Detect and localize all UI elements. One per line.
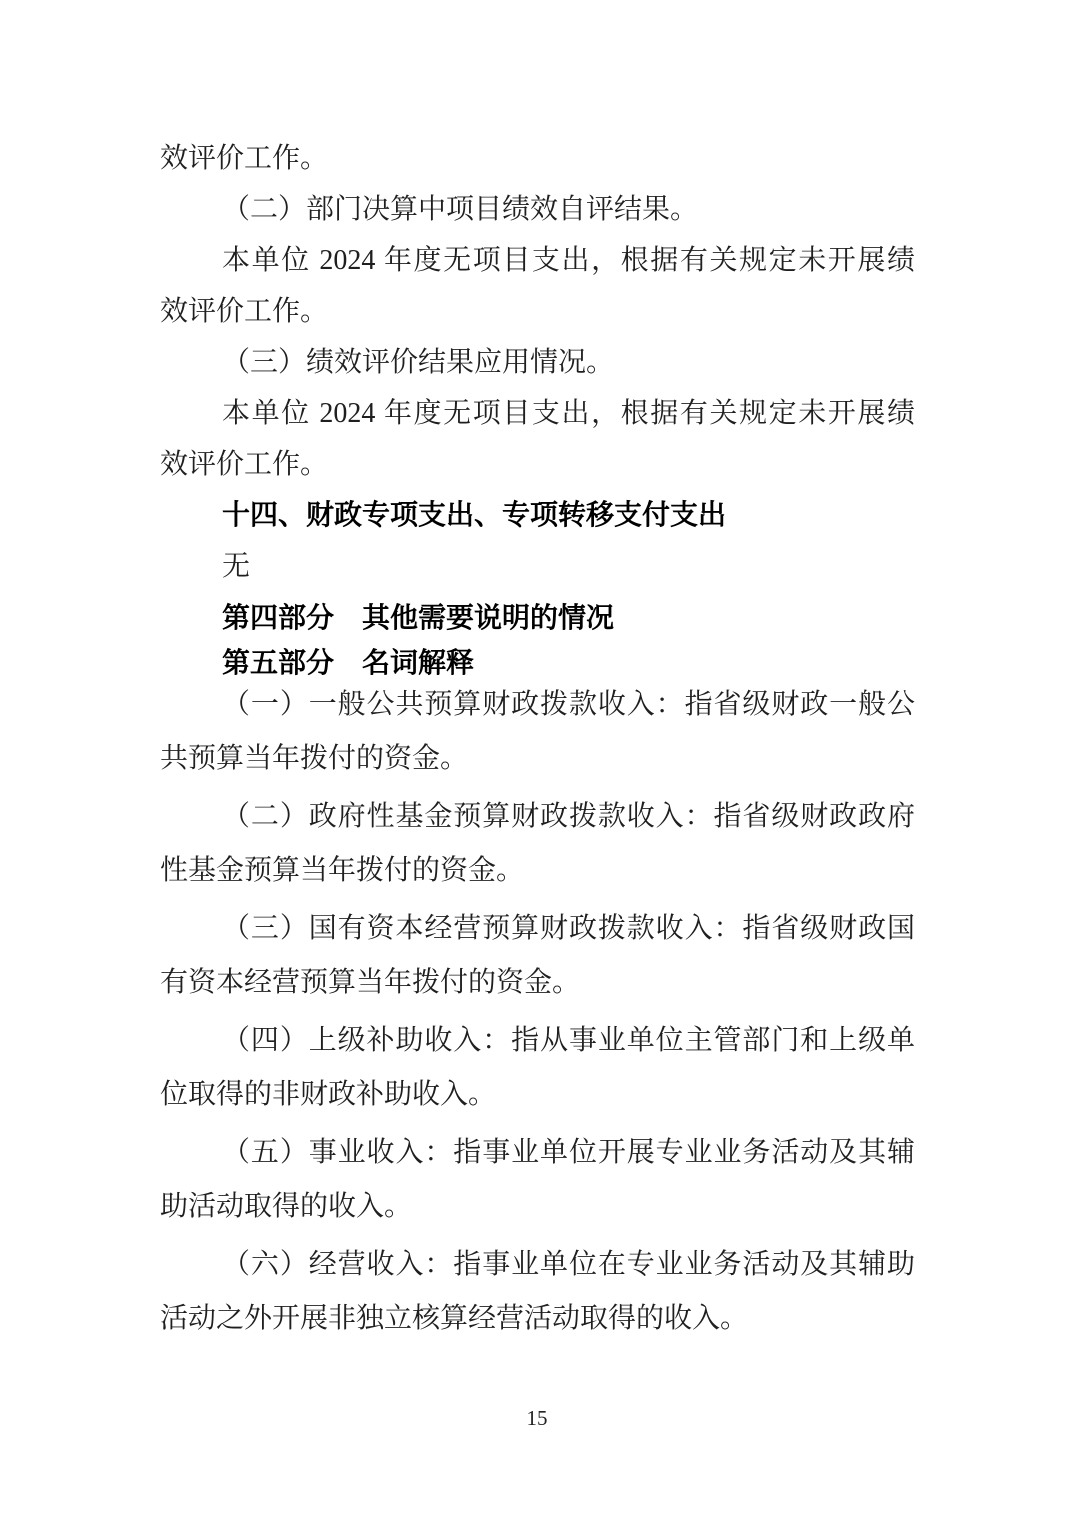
subsection-2-heading-line: （二）部门决算中项目绩效自评结果。 bbox=[160, 184, 915, 235]
definition-4-line-1: （四）上级补助收入：指从事业单位主管部门和上级单 bbox=[160, 1014, 915, 1068]
definition-5-line-1: （五）事业收入：指事业单位开展专业业务活动及其辅 bbox=[160, 1126, 915, 1180]
definition-2: （二）政府性基金预算财政拨款收入：指省级财政政府 性基金预算当年拨付的资金。 bbox=[160, 790, 915, 898]
definition-1: （一）一般公共预算财政拨款收入：指省级财政一般公 共预算当年拨付的资金。 bbox=[160, 678, 915, 786]
body-line: 效评价工作。 bbox=[160, 286, 915, 337]
body-line: 效评价工作。 bbox=[160, 439, 915, 490]
text-block: 效评价工作。 （二）部门决算中项目绩效自评结果。 本单位 2024 年度无项目支… bbox=[160, 133, 915, 1346]
glossary-section: （一）一般公共预算财政拨款收入：指省级财政一般公 共预算当年拨付的资金。 （二）… bbox=[160, 678, 915, 1346]
definition-6-line-2: 活动之外开展非独立核算经营活动取得的收入。 bbox=[160, 1292, 915, 1346]
definition-3: （三）国有资本经营预算财政拨款收入：指省级财政国 有资本经营预算当年拨付的资金。 bbox=[160, 902, 915, 1010]
definition-5: （五）事业收入：指事业单位开展专业业务活动及其辅 助活动取得的收入。 bbox=[160, 1126, 915, 1234]
none-indicator-line: 无 bbox=[160, 541, 915, 592]
document-page: 效评价工作。 （二）部门决算中项目绩效自评结果。 本单位 2024 年度无项目支… bbox=[0, 0, 1074, 1520]
part-headings: 第四部分 其他需要说明的情况 第五部分 名词解释 bbox=[160, 595, 915, 685]
definition-3-line-1: （三）国有资本经营预算财政拨款收入：指省级财政国 bbox=[160, 902, 915, 956]
definition-2-line-2: 性基金预算当年拨付的资金。 bbox=[160, 844, 915, 898]
body-line-continuation: 效评价工作。 bbox=[160, 133, 915, 184]
definition-4: （四）上级补助收入：指从事业单位主管部门和上级单 位取得的非财政补助收入。 bbox=[160, 1014, 915, 1122]
definition-4-line-2: 位取得的非财政补助收入。 bbox=[160, 1068, 915, 1122]
definition-6-line-1: （六）经营收入：指事业单位在专业业务活动及其辅助 bbox=[160, 1238, 915, 1292]
body-line: 本单位 2024 年度无项目支出，根据有关规定未开展绩 bbox=[160, 388, 915, 439]
subsection-3-heading-line: （三）绩效评价结果应用情况。 bbox=[160, 337, 915, 388]
definition-1-line-1: （一）一般公共预算财政拨款收入：指省级财政一般公 bbox=[160, 678, 915, 732]
performance-evaluation-section: 效评价工作。 （二）部门决算中项目绩效自评结果。 本单位 2024 年度无项目支… bbox=[160, 133, 915, 592]
body-line: 本单位 2024 年度无项目支出，根据有关规定未开展绩 bbox=[160, 235, 915, 286]
definition-1-line-2: 共预算当年拨付的资金。 bbox=[160, 732, 915, 786]
definition-5-line-2: 助活动取得的收入。 bbox=[160, 1180, 915, 1234]
definition-2-line-1: （二）政府性基金预算财政拨款收入：指省级财政政府 bbox=[160, 790, 915, 844]
definition-6: （六）经营收入：指事业单位在专业业务活动及其辅助 活动之外开展非独立核算经营活动… bbox=[160, 1238, 915, 1346]
section-14-heading: 十四、财政专项支出、专项转移支付支出 bbox=[160, 490, 915, 541]
part-4-heading: 第四部分 其他需要说明的情况 bbox=[160, 595, 915, 640]
definition-3-line-2: 有资本经营预算当年拨付的资金。 bbox=[160, 956, 915, 1010]
page-number: 15 bbox=[0, 1404, 1074, 1432]
